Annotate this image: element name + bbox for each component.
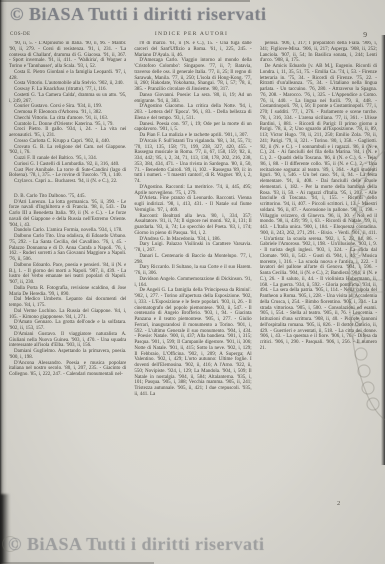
watermark-top: © BiASA Tutti i diritti riservati bbox=[10, 4, 266, 25]
watermark-bottom: © BiASA Tutti i diritti riservati bbox=[8, 534, 264, 555]
index-entry: Damiani Guglielmo. Aspettando la primave… bbox=[9, 349, 126, 361]
index-entry: D'Atri Lorenzo. La lotta germanica. '95,… bbox=[9, 200, 126, 229]
index-entry: D'Amiani Gustavo. Il viaggiatore natural… bbox=[9, 332, 126, 349]
index-entry: De Amicis Edoardo [v. AB M.], Eugenio. R… bbox=[260, 64, 377, 352]
scan-edge-top bbox=[0, 0, 250, 2]
index-entry: l'8 di marzo. '61, ii (N. e C.), 15. - U… bbox=[134, 41, 251, 58]
index-entry: D'Agostino Giacomo. La critica della Not… bbox=[134, 104, 251, 121]
index-entry: Dary Riccardo. Il Sultano, la sua Corte … bbox=[134, 265, 251, 277]
index-entry: Dal Verme Luchino. La Russia del Giappon… bbox=[9, 309, 126, 321]
index-entry: De Angeli G. La famiglia della 'Principe… bbox=[134, 288, 251, 397]
signature-mark: 2 bbox=[337, 500, 340, 507]
index-entry: Da Pian F. La malizia e le rachette apri… bbox=[134, 133, 251, 139]
index-entry: D'Amato Gennaro. La grotta dell'onde e l… bbox=[9, 320, 126, 332]
index-entry: Dal Medico Umberto. Lepanto dai document… bbox=[9, 297, 126, 309]
index-entry: Curiosi G. I Castelli di Lombardia. '82,… bbox=[9, 162, 126, 168]
index-entry: Crosso Carlotta C. Krupp a Capri. '902, … bbox=[9, 139, 126, 145]
index-entry: Czylavcs. Capri a... Bucharest. '94, ii … bbox=[9, 179, 126, 185]
scan-edge-right bbox=[381, 35, 385, 465]
page-number: 9 bbox=[363, 30, 367, 39]
index-entry: Dalbono Carlo Tito. Una odalisca, di Edo… bbox=[9, 234, 126, 263]
index-entry: Danesi. Poesia con. '97, i, 19; Ode per … bbox=[134, 122, 251, 134]
index-entry: D'Arcais F. Sull'istanti Tra vigalanda. … bbox=[134, 139, 251, 185]
index-entry: pelosa. '906, i, 317; I preparatori dell… bbox=[260, 41, 377, 64]
index-entry: Dalbono Edoardo. Pace, poesia e pensieri… bbox=[9, 263, 126, 286]
index-entry: D'Amezaga Carlo. Viaggio intorno al mond… bbox=[134, 58, 251, 93]
index-entry: Crovato G. B. La religione del Cam. nel … bbox=[9, 145, 126, 157]
page-title: INDICE PER AUTORI bbox=[10, 31, 373, 37]
index-entry: D'Arieta. Fine pranzo di Leonardo. Racco… bbox=[134, 196, 251, 213]
index-entry: Racconti: Bealtrati alla leva. '80, i, 3… bbox=[134, 214, 251, 237]
index-entry: Dalla Porta R. Fotografia, revisione sca… bbox=[9, 286, 126, 298]
index-text-block: '90, ii, 5. - L'Alpinismo in Italia. '90… bbox=[9, 41, 377, 512]
index-entry: D'Ancona Alessandro. Poesia e musica pop… bbox=[9, 361, 126, 378]
index-entry: Danari L. Centenario di Baccio da Montel… bbox=[134, 254, 251, 266]
index-entry: Davidson Angelo. Commemorazione di Dicki… bbox=[134, 277, 251, 289]
index-entry: Dary Luigi. Palazzo Visilinski in Caratt… bbox=[134, 242, 251, 254]
page-header: COS-DE INDICE PER AUTORI 9 bbox=[10, 30, 373, 40]
index-entry: D'Agostino. Racconti: La meritrice. '74,… bbox=[134, 185, 251, 197]
column-middle: l'8 di marzo. '61, ii (N. e C.), 15. - U… bbox=[134, 41, 251, 512]
column-left: '90, ii, 5. - L'Alpinismo in Italia. '90… bbox=[9, 41, 126, 512]
scanned-index-page: © BiASA Tutti i diritti riservati COS-DE… bbox=[0, 0, 385, 564]
index-entry: Cust Pier Annibale. La torre di Sute-Can… bbox=[9, 168, 126, 180]
index-entry: '90, ii, 5. - L'Alpinismo in Italia. '90… bbox=[9, 41, 126, 70]
index-entry: Croci Pietro. Il gallo. '934, i, 24. - L… bbox=[9, 127, 126, 139]
index-entry: Costa E. Pietro Giordani e la famiglia L… bbox=[9, 70, 126, 82]
index-entry: Costetti G. 'La Camera Calda', dramma su… bbox=[9, 93, 126, 105]
index-entry: Danso Giovanni. Poesie: La sera. '80, ii… bbox=[134, 93, 251, 105]
column-right: pelosa. '906, i, 317; I preparatori dell… bbox=[260, 41, 377, 512]
scan-edge-left bbox=[0, 0, 7, 564]
section-break bbox=[9, 185, 126, 194]
